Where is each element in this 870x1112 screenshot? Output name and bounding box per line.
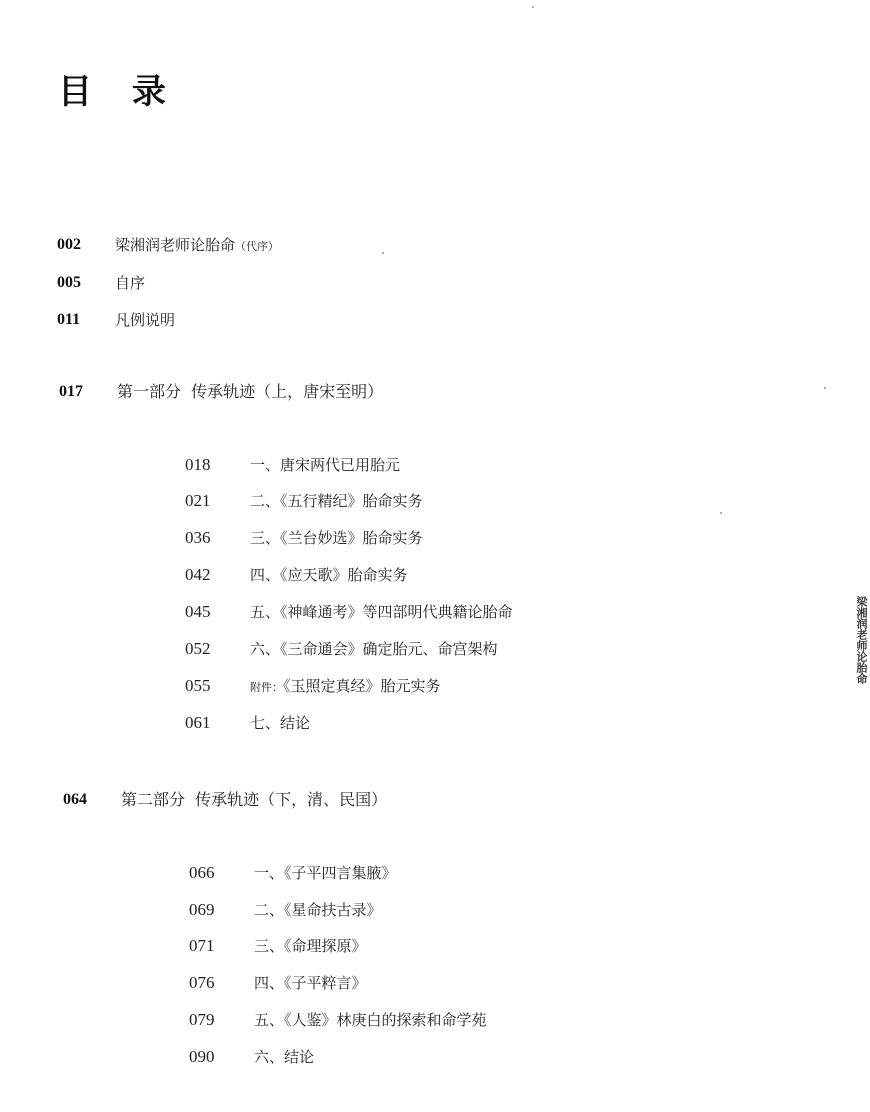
page-title: 目 录: [58, 64, 180, 113]
entry-title: 一、唐宋两代已用胎元: [250, 454, 400, 476]
entry-title: 二、《星命扶古录》: [254, 899, 382, 921]
page-number: 090: [189, 1046, 215, 1068]
entry-title: 凡例说明: [115, 309, 175, 331]
toc-entry[interactable]: 018 一、唐宋两代已用胎元: [185, 454, 685, 476]
entry-title: 四、《应天歌》胎命实务: [250, 564, 408, 586]
toc-entry[interactable]: 071 三、《命理探原》: [189, 935, 689, 957]
entry-title: 七、结论: [250, 712, 310, 734]
part-title: 第一部分 传承轨迹（上，唐宋至明）: [117, 381, 383, 403]
toc-entry-conventions[interactable]: 011 凡例说明: [57, 309, 457, 331]
page-number: 021: [185, 490, 211, 512]
toc-entry[interactable]: 076 四、《子平粹言》: [189, 972, 689, 994]
entry-title: 六、结论: [254, 1046, 314, 1068]
toc-entry[interactable]: 036 三、《兰台妙选》胎命实务: [185, 527, 685, 549]
entry-title: 附件：《玉照定真经》胎元实务: [250, 675, 441, 699]
scan-speck: [824, 387, 826, 389]
page-number: 069: [189, 899, 215, 921]
page-number: 066: [189, 862, 215, 884]
page-number: 071: [189, 935, 215, 957]
entry-title: 六、《三命通会》确定胎元、命宫架构: [250, 638, 498, 660]
scan-speck: [532, 6, 534, 8]
page-number: 079: [189, 1009, 215, 1031]
page-number: 042: [185, 564, 211, 586]
toc-entry[interactable]: 042 四、《应天歌》胎命实务: [185, 564, 685, 586]
entry-title: 五、《神峰通考》等四部明代典籍论胎命: [250, 601, 513, 623]
toc-entry[interactable]: 061 七、结论: [185, 712, 685, 734]
page-number: 005: [57, 272, 81, 294]
toc-part-1[interactable]: 017 第一部分 传承轨迹（上，唐宋至明）: [59, 381, 559, 403]
page-number: 061: [185, 712, 211, 734]
page-number: 017: [59, 381, 83, 403]
page-number: 011: [57, 309, 80, 331]
page-number: 064: [63, 789, 87, 811]
page-number: 076: [189, 972, 215, 994]
toc-part-2[interactable]: 064 第二部分 传承轨迹（下，清、民国）: [63, 789, 563, 811]
toc-entry[interactable]: 069 二、《星命扶古录》: [189, 899, 689, 921]
page-number: 002: [57, 234, 81, 256]
page-number: 018: [185, 454, 211, 476]
entry-title: 二、《五行精纪》胎命实务: [250, 490, 423, 512]
toc-entry-author-preface[interactable]: 005 自序: [57, 272, 457, 294]
appendix-prefix: 附件：: [250, 681, 283, 694]
toc-entry-preface[interactable]: 002 梁湘润老师论胎命（代序）: [57, 234, 457, 256]
entry-title: 一、《子平四言集腋》: [254, 862, 397, 884]
page-number: 045: [185, 601, 211, 623]
entry-title: 梁湘润老师论胎命（代序）: [115, 234, 279, 258]
page-number: 055: [185, 675, 211, 697]
entry-note: （代序）: [235, 240, 279, 253]
entry-title: 三、《兰台妙选》胎命实务: [250, 527, 423, 549]
toc-entry[interactable]: 045 五、《神峰通考》等四部明代典籍论胎命: [185, 601, 685, 623]
entry-title: 五、《人鉴》林庚白的探索和命学苑: [254, 1009, 487, 1031]
toc-entry[interactable]: 079 五、《人鉴》林庚白的探索和命学苑: [189, 1009, 689, 1031]
entry-title: 四、《子平粹言》: [254, 972, 367, 994]
page-number: 052: [185, 638, 211, 660]
toc-entry[interactable]: 090 六、结论: [189, 1046, 689, 1068]
toc-entry-appendix[interactable]: 055 附件：《玉照定真经》胎元实务: [185, 675, 685, 697]
toc-entry[interactable]: 021 二、《五行精纪》胎命实务: [185, 490, 685, 512]
side-running-title: 梁湘润老师论胎命: [853, 596, 867, 684]
entry-title: 三、《命理探原》: [254, 935, 367, 957]
toc-entry[interactable]: 066 一、《子平四言集腋》: [189, 862, 689, 884]
scan-speck: [382, 252, 384, 254]
scan-speck: [720, 512, 722, 514]
part-title: 第二部分 传承轨迹（下，清、民国）: [121, 789, 387, 811]
page-number: 036: [185, 527, 211, 549]
toc-entry[interactable]: 052 六、《三命通会》确定胎元、命宫架构: [185, 638, 685, 660]
entry-title: 自序: [115, 272, 145, 294]
